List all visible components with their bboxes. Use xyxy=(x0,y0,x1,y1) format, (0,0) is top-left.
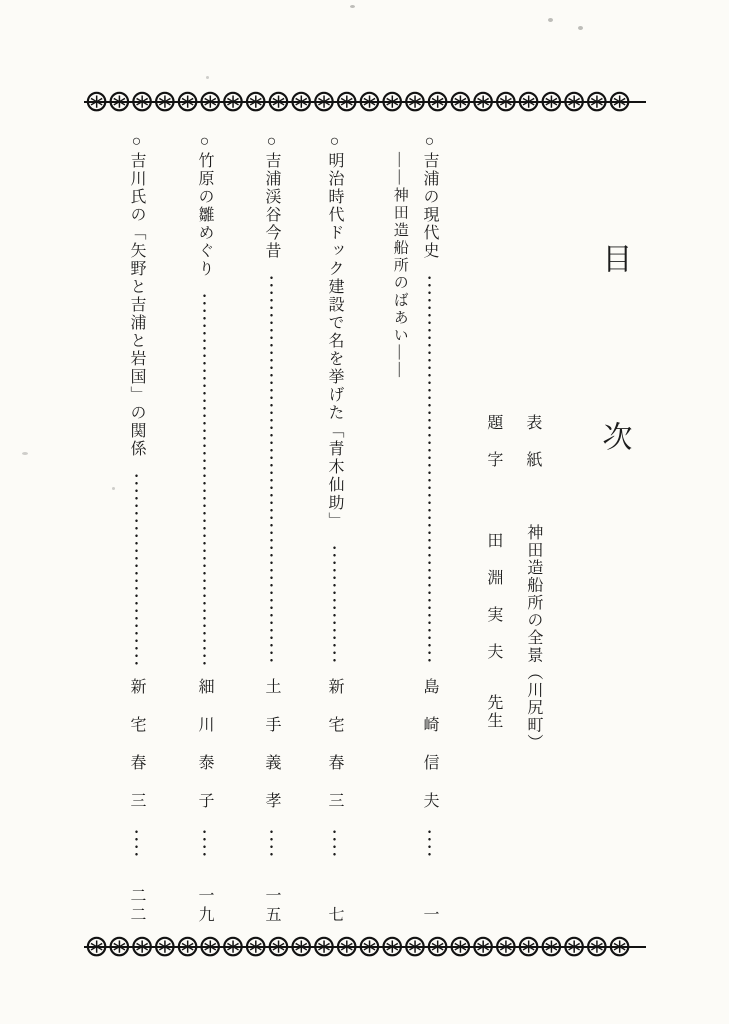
dot-leader xyxy=(333,544,336,666)
scan-speck xyxy=(548,18,553,22)
dot-leader xyxy=(135,472,138,666)
entry-subtitle: ――神田造船所のばあい―― xyxy=(390,152,408,380)
cover-caption: 神田造船所の全景（川尻町） xyxy=(523,524,542,752)
dot-leader xyxy=(203,292,206,666)
toc-entry-1: ○吉浦の現代史 島崎信夫 一 xyxy=(418,133,441,925)
entry-page-number: 一 xyxy=(418,879,441,925)
entry-page-number: 一九 xyxy=(193,879,216,925)
ornament-top-border: ⊛⊛⊛⊛⊛⊛⊛⊛⊛⊛⊛⊛⊛⊛⊛⊛⊛⊛⊛⊛⊛⊛⊛⊛ xyxy=(84,86,646,118)
entry-title: ○吉浦の現代史 xyxy=(418,133,441,260)
entry-title: ○竹原の雛めぐり xyxy=(193,133,216,278)
cover-label: 表紙 xyxy=(522,414,541,488)
page-title: 目次 xyxy=(596,243,631,599)
toc-entry-3: ○吉浦渓谷今昔 土手義孝 一五 xyxy=(260,133,283,925)
dot-leader xyxy=(270,274,273,666)
scan-speck xyxy=(578,26,583,30)
entry-author: 新宅春三 xyxy=(125,678,148,812)
entry-title: ○吉浦渓谷今昔 xyxy=(260,133,283,260)
title-calligraphy-label: 題字 xyxy=(483,414,502,488)
scan-speck xyxy=(22,452,28,455)
entry-page-number: 七 xyxy=(323,879,346,925)
scan-speck xyxy=(206,76,209,79)
entry-author: 細川泰子 xyxy=(193,678,216,812)
toc-entry-5: ○吉川氏の「矢野と吉浦と岩国」の関係 新宅春三 二二 xyxy=(125,133,148,925)
dot-leader-short xyxy=(270,828,273,859)
ornament-bottom-border: ⊛⊛⊛⊛⊛⊛⊛⊛⊛⊛⊛⊛⊛⊛⊛⊛⊛⊛⊛⊛⊛⊛⊛⊛ xyxy=(84,931,646,963)
entry-page-number: 二二 xyxy=(125,879,148,925)
entry-title: ○吉川氏の「矢野と吉浦と岩国」の関係 xyxy=(125,133,148,458)
entry-author: 島崎信夫 xyxy=(418,678,441,812)
toc-entry-2: ○明治時代ドック建設で名を挙げた「青木仙助」 新宅春三 七 xyxy=(323,133,346,925)
calligrapher-honorific: 先生 xyxy=(483,694,502,730)
entry-page-number: 一五 xyxy=(260,879,283,925)
dot-leader-short xyxy=(203,828,206,859)
entry-title: ○明治時代ドック建設で名を挙げた「青木仙助」 xyxy=(323,133,346,530)
dot-leader-short xyxy=(333,828,336,859)
scan-speck xyxy=(112,487,115,490)
scan-speck xyxy=(350,5,355,8)
toc-entry-4: ○竹原の雛めぐり 細川泰子 一九 xyxy=(193,133,216,925)
dot-leader xyxy=(428,274,431,666)
dot-leader-short xyxy=(135,828,138,859)
dot-leader-short xyxy=(428,828,431,859)
entry-author: 新宅春三 xyxy=(323,678,346,812)
toc-page: ⊛⊛⊛⊛⊛⊛⊛⊛⊛⊛⊛⊛⊛⊛⊛⊛⊛⊛⊛⊛⊛⊛⊛⊛ 目次 表紙 神田造船所の全景（… xyxy=(0,0,729,1024)
calligrapher-name: 田淵実夫 xyxy=(483,532,502,680)
entry-author: 土手義孝 xyxy=(260,678,283,812)
